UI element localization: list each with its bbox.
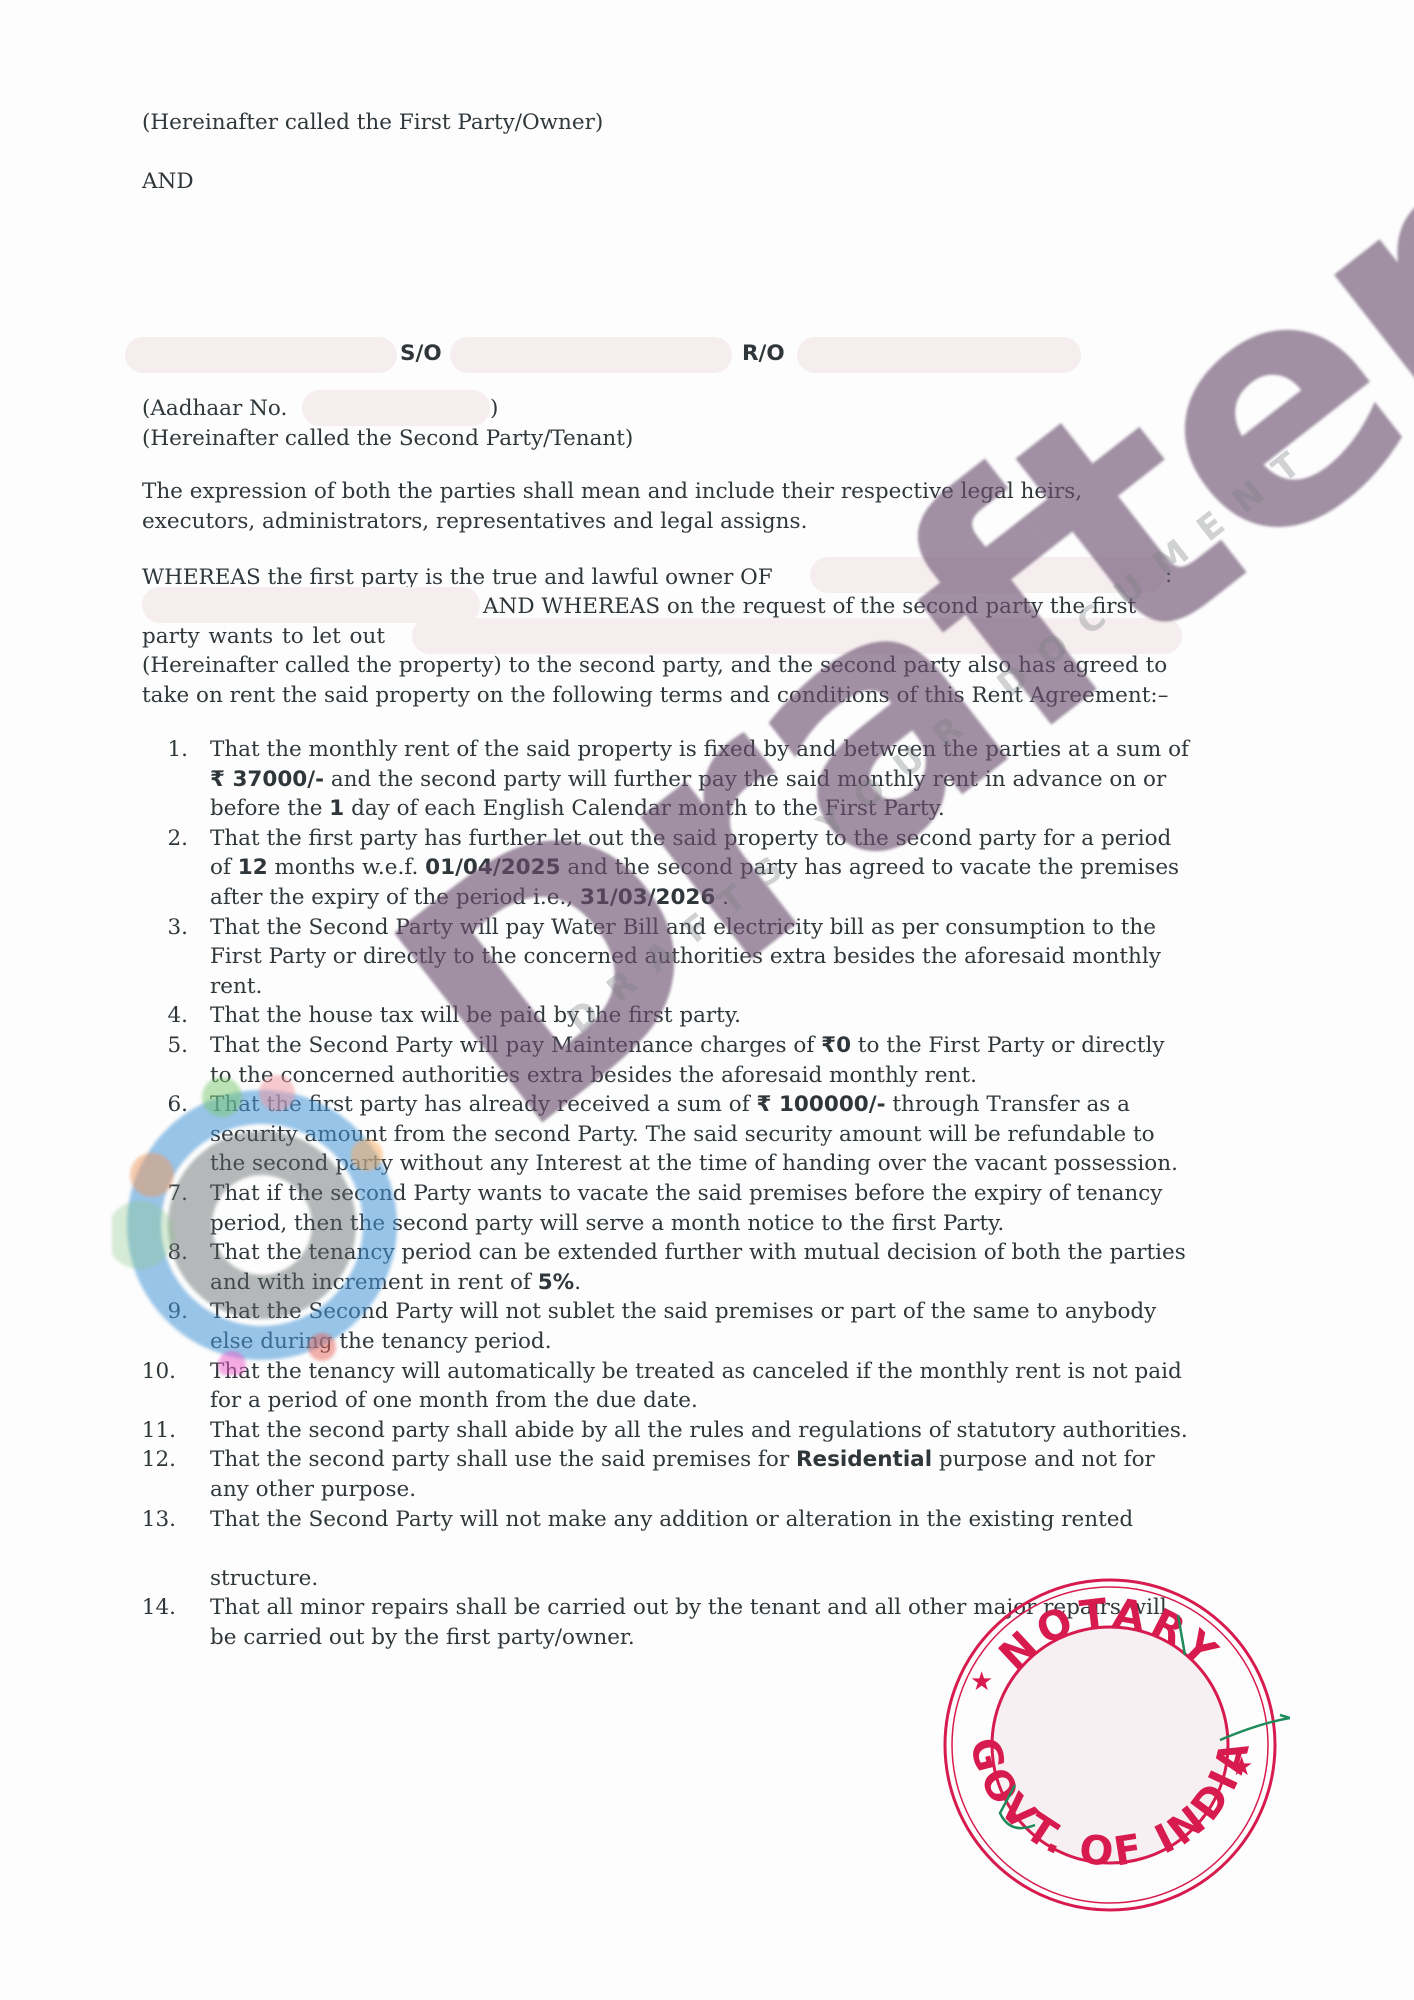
clause-line: security amount from the second Party. T… [210, 1120, 1155, 1150]
clause-line: be carried out by the first party/owner. [210, 1623, 635, 1653]
clause-text: through Transfer as a [886, 1092, 1130, 1117]
redacted-address [797, 337, 1081, 373]
clause-line: period, then the second party will serve… [210, 1209, 1004, 1239]
clause-text: and the second party will further pay th… [324, 767, 1166, 792]
clause-highlight: 12 [238, 855, 268, 880]
clause-line: That the Second Party will not sublet th… [210, 1297, 1156, 1327]
redacted-tenant-name [125, 337, 397, 373]
clause-text: That the monthly rent of the said proper… [210, 737, 1189, 762]
clause-text: That if the second Party wants to vacate… [210, 1181, 1162, 1206]
clause-text: That the first party has further let out… [210, 826, 1171, 851]
redacted-aadhaar-number [302, 390, 490, 426]
clause-line: That the first party has further let out… [210, 824, 1171, 854]
clause-line: That the second party shall abide by all… [210, 1416, 1188, 1446]
stamp-star-right-icon: ★ [1230, 1752, 1253, 1782]
and-label: AND [142, 167, 194, 197]
clause-line: any other purpose. [210, 1475, 416, 1505]
clause-number: 11. [136, 1416, 176, 1446]
clause-highlight: ₹ 100000/- [757, 1092, 886, 1117]
clause-text: and the second party has agreed to vacat… [561, 855, 1180, 880]
clause-highlight: Residential [796, 1447, 932, 1472]
clause-number: 4. [148, 1001, 188, 1031]
clause-line: after the expiry of the period i.e., 31/… [210, 883, 729, 913]
expression-line-1: The expression of both the parties shall… [142, 477, 1082, 507]
clause-text: That the tenancy period can be extended … [210, 1240, 1186, 1265]
clause-number: 3. [148, 913, 188, 943]
clause-highlight: 1 [329, 796, 344, 821]
clause-line: ₹ 37000/- and the second party will furt… [210, 765, 1166, 795]
clause-text: That the first party has already receive… [210, 1092, 757, 1117]
aadhaar-suffix: ) [490, 394, 498, 424]
clause-number: 7. [148, 1179, 188, 1209]
clause-text: period, then the second party will serve… [210, 1211, 1004, 1236]
clause-highlight: ₹ 37000/- [210, 767, 324, 792]
clause-text: That the tenancy will automatically be t… [210, 1359, 1182, 1384]
clause-line: for a period of one month from the due d… [210, 1386, 698, 1416]
clause-highlight: 01/04/2025 [425, 855, 560, 880]
clause-line: That the tenancy period can be extended … [210, 1238, 1186, 1268]
clause-number: 6. [148, 1090, 188, 1120]
clause-line: That if the second Party wants to vacate… [210, 1179, 1162, 1209]
clause-line: That the house tax will be paid by the f… [210, 1001, 741, 1031]
clause-text: structure. [210, 1566, 318, 1591]
clause-text: of [210, 855, 238, 880]
clause-text: rent. [210, 974, 262, 999]
clause-text: to the First Party or directly [851, 1033, 1165, 1058]
clause-text: security amount from the second Party. T… [210, 1122, 1155, 1147]
clause-text: for a period of one month from the due d… [210, 1388, 698, 1413]
clause-line: of 12 months w.e.f. 01/04/2025 and the s… [210, 853, 1179, 883]
aadhaar-prefix: (Aadhaar No. [142, 394, 287, 424]
rent-agreement-page: (Hereinafter called the First Party/Owne… [0, 0, 1414, 2000]
clause-text: else during the tenancy period. [210, 1329, 552, 1354]
clause-text: That the Second Party will not sublet th… [210, 1299, 1156, 1324]
clause-text: That the Second Party will not make any … [210, 1507, 1133, 1532]
clause-line: else during the tenancy period. [210, 1327, 552, 1357]
clause-text: the second party without any Interest at… [210, 1151, 1178, 1176]
clause-text: before the [210, 796, 329, 821]
clause-text: purpose and not for [932, 1447, 1155, 1472]
clause-text: be carried out by the first party/owner. [210, 1625, 635, 1650]
clause-number: 2. [148, 824, 188, 854]
clause-text: to the concerned authorities extra besid… [210, 1063, 977, 1088]
clause-text: That the house tax will be paid by the f… [210, 1003, 741, 1028]
notary-stamp: NOTARY GOVT. OF INDIA ★ ★ [930, 1575, 1290, 1915]
clause-number: 8. [148, 1238, 188, 1268]
clause-text: That the second party shall abide by all… [210, 1418, 1188, 1443]
clause-line: structure. [210, 1564, 318, 1594]
clause-highlight: ₹0 [821, 1033, 851, 1058]
clause-line: That the second party shall use the said… [210, 1445, 1155, 1475]
clause-text: months w.e.f. [268, 855, 425, 880]
redacted-father-name [450, 337, 732, 373]
whereas-line-3: party wants to let out [142, 622, 385, 652]
clause-line: That the first party has already receive… [210, 1090, 1130, 1120]
clause-number: 12. [136, 1445, 176, 1475]
clause-number: 13. [136, 1505, 176, 1535]
stamp-star-left-icon: ★ [970, 1667, 993, 1697]
clause-line: That the tenancy will automatically be t… [210, 1357, 1182, 1387]
clause-line: to the concerned authorities extra besid… [210, 1061, 977, 1091]
clause-number: 9. [148, 1297, 188, 1327]
first-party-label: (Hereinafter called the First Party/Owne… [142, 108, 603, 138]
resident-of-label: R/O [742, 339, 785, 369]
clause-line: That the Second Party will pay Maintenan… [210, 1031, 1165, 1061]
clause-line: That the Second Party will not make any … [210, 1505, 1133, 1535]
clause-text: any other purpose. [210, 1477, 416, 1502]
clause-text: That the Second Party will pay Maintenan… [210, 1033, 821, 1058]
clause-number: 10. [136, 1357, 176, 1387]
clause-line: the second party without any Interest at… [210, 1149, 1178, 1179]
expression-line-2: executors, administrators, representativ… [142, 507, 807, 537]
clause-text: after the expiry of the period i.e., [210, 885, 580, 910]
clause-line: rent. [210, 972, 262, 1002]
clause-highlight: 5% [538, 1270, 575, 1295]
second-party-label: (Hereinafter called the Second Party/Ten… [142, 424, 633, 454]
clause-text: That the second party shall use the said… [210, 1447, 796, 1472]
clause-number: 14. [136, 1593, 176, 1623]
clause-line: and with increment in rent of 5%. [210, 1268, 581, 1298]
clause-text: and with increment in rent of [210, 1270, 538, 1295]
son-of-label: S/O [400, 339, 442, 369]
clause-number: 1. [148, 735, 188, 765]
clause-number: 5. [148, 1031, 188, 1061]
clause-line: That the monthly rent of the said proper… [210, 735, 1189, 765]
clause-text: . [574, 1270, 581, 1295]
